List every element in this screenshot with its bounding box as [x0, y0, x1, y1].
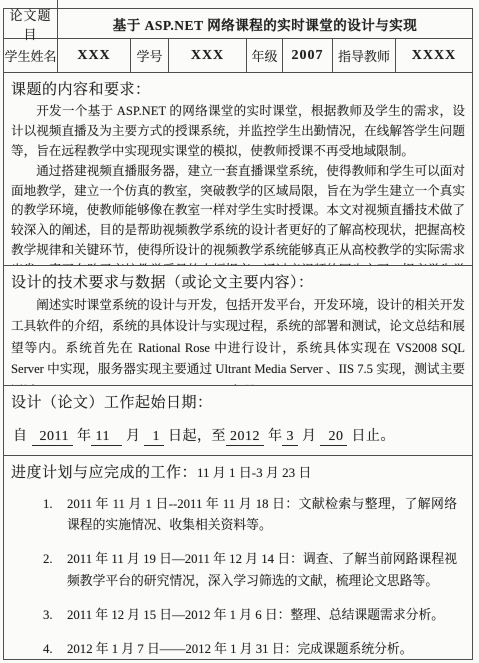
date-part: 日止。 — [347, 429, 395, 444]
student-name-value: XXX — [58, 39, 131, 72]
date-part: 20 — [320, 429, 347, 446]
date-part: 自 — [13, 429, 32, 444]
thesis-assignment-form-page: 论文题目 基于 ASP.NET 网络课程的实时课堂的设计与实现 学生姓名 XXX… — [0, 0, 479, 663]
section-technical-body: 阐述实时课堂系统的设计与开发，包括开发平台，开发环境，设计的相关开发工具软件的介… — [11, 295, 465, 386]
schedule-item-number: 3. — [43, 605, 67, 626]
advisor-label: 指导教师 — [333, 39, 396, 72]
schedule-item-number: 2. — [43, 549, 67, 591]
section-content-requirements: 课题的内容和要求： 开发一个基于 ASP.NET 的网络课堂的实时课堂，根据教师… — [4, 73, 472, 266]
date-part: 2012 — [226, 429, 264, 446]
date-part: 1 — [144, 429, 164, 446]
schedule-heading-text: 进度计划与应完成的工作： — [11, 465, 197, 481]
thesis-title-value: 基于 ASP.NET 网络课程的实时课堂的设计与实现 — [58, 9, 472, 38]
schedule-item: 4. 2012 年 1 月 7 日——2012 年 1 月 31 日：完成课题系… — [43, 639, 459, 659]
advisor-value: XXXX — [396, 39, 472, 72]
schedule-item-text: 2012 年 1 月 7 日——2012 年 1 月 31 日：完成课题系统分析… — [67, 639, 459, 659]
schedule-item-number: 1. — [43, 494, 67, 536]
schedule-item: 2. 2011 年 11 月 19 日—2011 年 12 月 14 日：调查、… — [43, 549, 459, 591]
date-part: 日起，至 — [164, 429, 226, 444]
date-part: 月 — [298, 429, 321, 444]
student-id-value: XXX — [169, 39, 247, 72]
grade-value: 2007 — [283, 39, 333, 72]
grade-label: 年级 — [247, 39, 283, 72]
date-part: 年 — [73, 429, 92, 444]
thesis-title-row: 论文题目 基于 ASP.NET 网络课程的实时课堂的设计与实现 — [4, 9, 472, 39]
section-content-requirements-body: 开发一个基于 ASP.NET 的网络课堂的实时课堂，根据教师及学生的需求，设计以… — [11, 102, 465, 266]
thesis-title-label: 论文题目 — [4, 9, 58, 38]
paragraph: 开发一个基于 ASP.NET 的网络课堂的实时课堂，根据教师及学生的需求，设计以… — [11, 102, 465, 162]
student-meta-row: 学生姓名 XXX 学号 XXX 年级 2007 指导教师 XXXX — [4, 39, 472, 73]
section-schedule: 进度计划与应完成的工作：11 月 1 日-3 月 23 日 1. 2011 年 … — [4, 456, 472, 659]
schedule-item: 1. 2011 年 11 月 1 日--2011 年 11 月 18 日：文献检… — [43, 494, 459, 536]
student-id-label: 学号 — [131, 39, 169, 72]
schedule-item: 3. 2011 年 12 月 15 日—2012 年 1 月 6 日：整理、总结… — [43, 605, 459, 626]
student-name-label: 学生姓名 — [4, 39, 58, 72]
schedule-item-text: 2011 年 11 月 1 日--2011 年 11 月 18 日：文献检索与整… — [67, 494, 459, 536]
date-part: 月 — [122, 429, 145, 444]
assignment-table: 论文题目 基于 ASP.NET 网络课程的实时课堂的设计与实现 学生姓名 XXX… — [3, 8, 473, 660]
schedule-list: 1. 2011 年 11 月 1 日--2011 年 11 月 18 日：文献检… — [11, 494, 465, 659]
schedule-item-number: 4. — [43, 639, 67, 659]
schedule-item-text: 2011 年 12 月 15 日—2012 年 1 月 6 日：整理、总结课题需… — [67, 605, 459, 626]
section-content-requirements-heading: 课题的内容和要求： — [11, 78, 465, 99]
date-range-line: 自 2011 年 11 月 1 日起，至 2012 年 3 月 20 日止。 — [13, 425, 465, 445]
section-technical-heading: 设计的技术要求与数据（或论文主要内容）： — [11, 271, 465, 292]
schedule-heading-range: 11 月 1 日-3 月 23 日 — [197, 465, 311, 480]
section-dates-heading: 设计（论文）工作起始日期： — [11, 391, 465, 412]
section-schedule-heading: 进度计划与应完成的工作：11 月 1 日-3 月 23 日 — [11, 461, 465, 482]
date-part: 11 — [91, 429, 121, 446]
date-part: 3 — [282, 429, 298, 446]
section-dates: 设计（论文）工作起始日期： 自 2011 年 11 月 1 日起，至 2012 … — [4, 386, 472, 456]
paragraph: 阐述实时课堂系统的设计与开发，包括开发平台，开发环境，设计的相关开发工具软件的介… — [11, 295, 465, 386]
paragraph: 通过搭建视频直播服务器，建立一套直播课堂系统，使得教师和学生可以面对面地教学，建… — [11, 162, 465, 266]
schedule-item-text: 2011 年 11 月 19 日—2011 年 12 月 14 日：调查、了解当… — [67, 549, 459, 591]
date-part: 2011 — [32, 429, 73, 446]
section-technical: 设计的技术要求与数据（或论文主要内容）： 阐述实时课堂系统的设计与开发，包括开发… — [4, 266, 472, 386]
date-part: 年 — [264, 429, 283, 444]
